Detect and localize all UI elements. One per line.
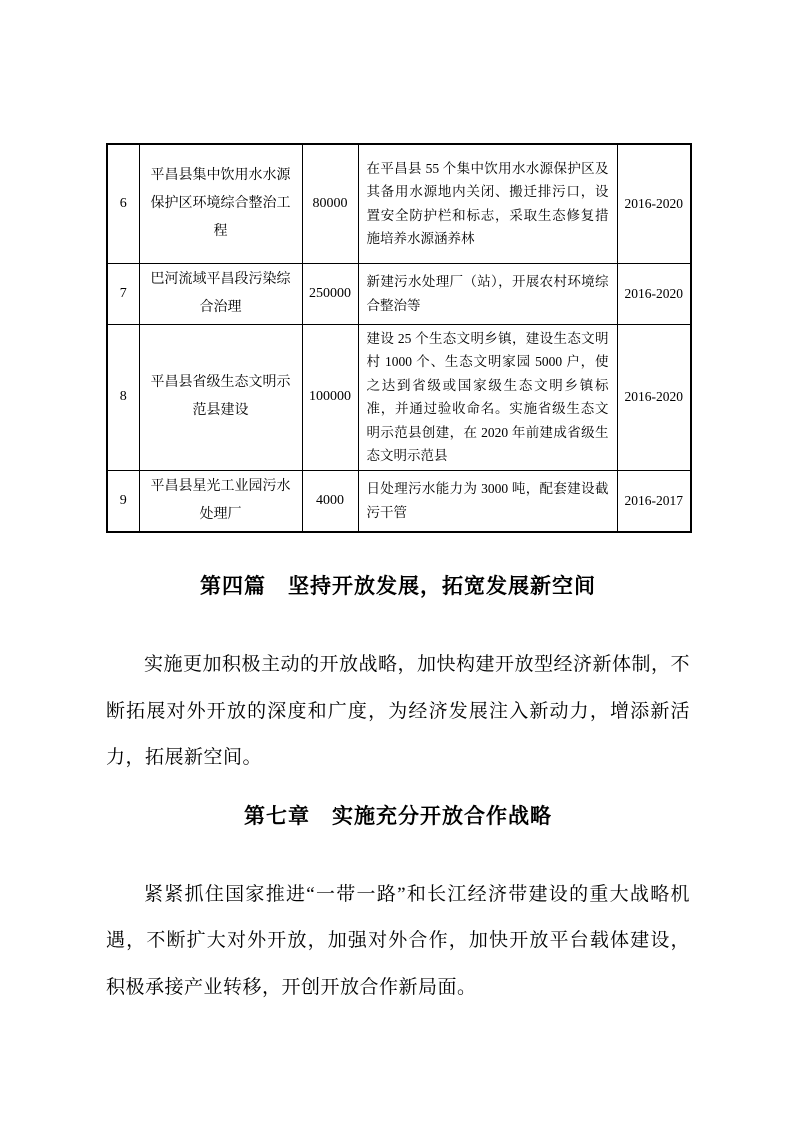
project-seq-cell: 9 <box>107 471 139 533</box>
project-name-cell: 平昌县星光工业园污水处理厂 <box>139 471 302 533</box>
chapter-heading: 第七章 实施充分开放合作战略 <box>106 802 690 831</box>
project-amount-cell: 80000 <box>302 144 358 263</box>
table-row: 9 平昌县星光工业园污水处理厂 4000 日处理污水能力为 3000 吨，配套建… <box>107 471 691 533</box>
projects-table-body: 6 平昌县集中饮用水水源保护区环境综合整治工程 80000 在平昌县 55 个集… <box>107 144 691 532</box>
project-name-cell: 平昌县集中饮用水水源保护区环境综合整治工程 <box>139 144 302 263</box>
project-seq-cell: 6 <box>107 144 139 263</box>
project-years-cell: 2016-2017 <box>617 471 691 533</box>
project-amount-cell: 100000 <box>302 324 358 471</box>
document-page: 6 平昌县集中饮用水水源保护区环境综合整治工程 80000 在平昌县 55 个集… <box>0 0 793 1122</box>
table-row: 6 平昌县集中饮用水水源保护区环境综合整治工程 80000 在平昌县 55 个集… <box>107 144 691 263</box>
part-paragraph: 实施更加积极主动的开放战略，加快构建开放型经济新体制，不断拓展对外开放的深度和广… <box>106 642 690 782</box>
projects-table: 6 平昌县集中饮用水水源保护区环境综合整治工程 80000 在平昌县 55 个集… <box>106 143 692 533</box>
project-name-cell: 平昌县省级生态文明示范县建设 <box>139 324 302 471</box>
project-description-cell: 日处理污水能力为 3000 吨，配套建设截污干管 <box>358 471 617 533</box>
project-years-cell: 2016-2020 <box>617 144 691 263</box>
project-years-cell: 2016-2020 <box>617 263 691 324</box>
project-years-cell: 2016-2020 <box>617 324 691 471</box>
project-name-cell: 巴河流域平昌段污染综合治理 <box>139 263 302 324</box>
project-description-cell: 建设 25 个生态文明乡镇，建设生态文明村 1000 个、生态文明家园 5000… <box>358 324 617 471</box>
project-description-cell: 在平昌县 55 个集中饮用水水源保护区及其备用水源地内关闭、搬迁排污口，设置安全… <box>358 144 617 263</box>
part-heading: 第四篇 坚持开放发展，拓宽发展新空间 <box>106 572 690 601</box>
chapter-paragraph: 紧紧抓住国家推进“一带一路”和长江经济带建设的重大战略机遇，不断扩大对外开放，加… <box>106 872 690 1012</box>
project-seq-cell: 7 <box>107 263 139 324</box>
project-amount-cell: 250000 <box>302 263 358 324</box>
table-row: 8 平昌县省级生态文明示范县建设 100000 建设 25 个生态文明乡镇，建设… <box>107 324 691 471</box>
project-amount-cell: 4000 <box>302 471 358 533</box>
project-description-cell: 新建污水处理厂（站），开展农村环境综合整治等 <box>358 263 617 324</box>
page-content: 6 平昌县集中饮用水水源保护区环境综合整治工程 80000 在平昌县 55 个集… <box>0 0 793 1011</box>
project-seq-cell: 8 <box>107 324 139 471</box>
table-row: 7 巴河流域平昌段污染综合治理 250000 新建污水处理厂（站），开展农村环境… <box>107 263 691 324</box>
